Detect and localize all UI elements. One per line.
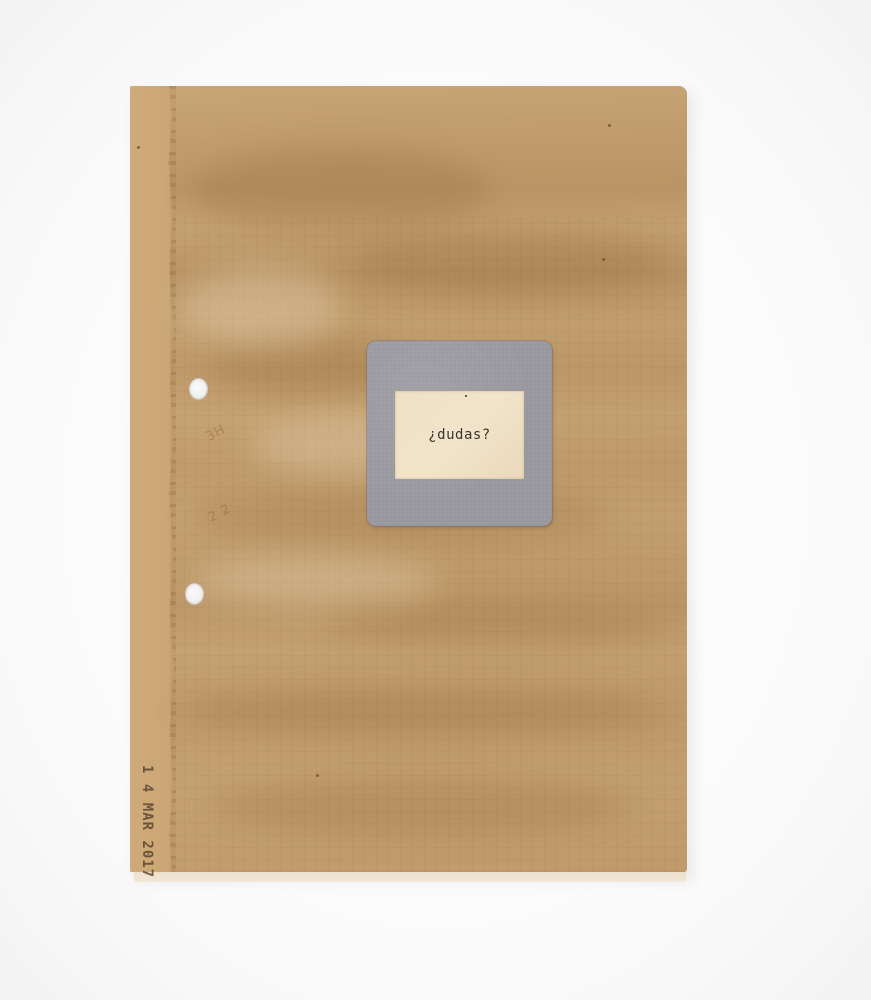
label-text: ¿dudas? [428, 427, 491, 443]
light-patch-1 [180, 266, 340, 346]
stain-1 [190, 146, 490, 236]
speck [608, 124, 611, 127]
stain-5 [330, 606, 670, 646]
light-patch-3 [190, 556, 440, 606]
binding-strip [130, 86, 170, 872]
punch-hole-top [189, 378, 208, 400]
speck [602, 258, 605, 261]
speck [316, 774, 319, 777]
ink-dot [465, 395, 467, 397]
slide-mount-label: ¿dudas? [367, 341, 552, 526]
date-stamp: 1 4 MAR 2017 [139, 765, 155, 878]
photo-stage: 3H 2 2 1 4 MAR 2017 ¿dudas? [0, 0, 871, 1000]
speck [137, 146, 140, 149]
punch-hole-bottom [185, 583, 204, 605]
stain-2 [350, 226, 670, 296]
label-window: ¿dudas? [395, 391, 524, 479]
stain-7 [210, 776, 630, 836]
stain-6 [180, 686, 660, 736]
